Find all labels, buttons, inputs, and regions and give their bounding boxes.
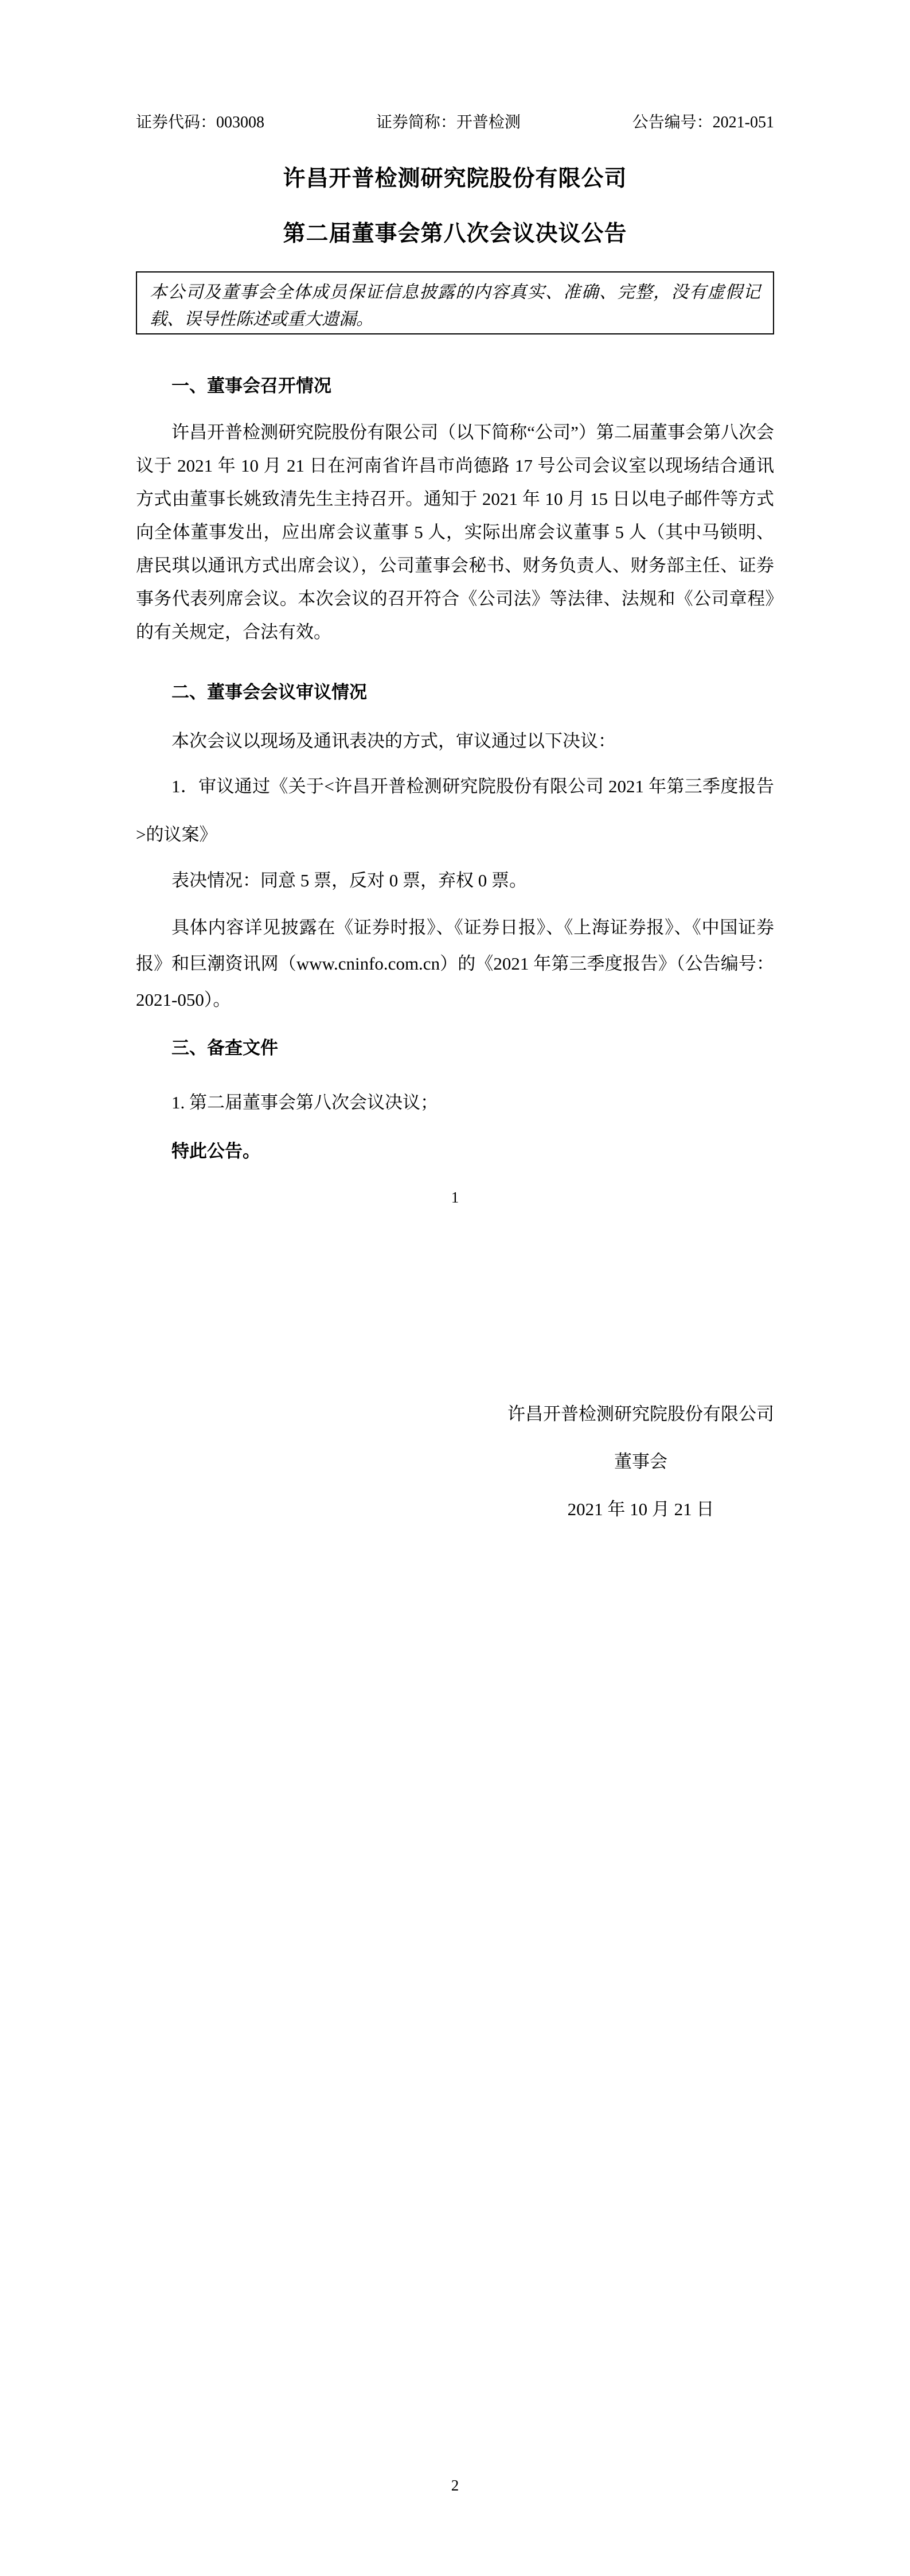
announcement-title: 第二届董事会第八次会议决议公告 <box>136 220 774 248</box>
section-1-paragraph-meeting: 许昌开普检测研究院股份有限公司（以下简称“公司”）第二届董事会第八次会议于 20… <box>136 416 774 649</box>
section-2-heading: 二、董事会会议审议情况 <box>136 680 774 705</box>
closing-statement: 特此公告。 <box>136 1135 774 1168</box>
signature-board: 董事会 <box>507 1438 774 1485</box>
disclaimer-text: 本公司及董事会全体成员保证信息披露的内容真实、准确、完整，没有虚假记载、误导性陈… <box>150 283 760 329</box>
section-3-paragraph-document-item: 1. 第二届董事会第八次会议决议； <box>136 1086 774 1119</box>
page-1-number: 1 <box>136 1188 774 1207</box>
document-header: 证券代码：003008 证券简称：开普检测 公告编号：2021-051 <box>136 113 774 133</box>
section-2-paragraph-resolution-item: 1．审议通过《关于<许昌开普检测研究院股份有限公司 2021 年第三季度报告>的… <box>136 762 774 859</box>
page-2-number: 2 <box>136 2476 774 2495</box>
signature-block: 许昌开普检测研究院股份有限公司 董事会 2021 年 10 月 21 日 <box>507 1390 774 1533</box>
stock-code: 证券代码：003008 <box>136 113 264 133</box>
section-1-heading: 一、董事会召开情况 <box>136 373 774 399</box>
section-3-heading: 三、备查文件 <box>136 1036 774 1061</box>
section-2-paragraph-disclosure-detail: 具体内容详见披露在《证券时报》、《证券日报》、《上海证券报》、《中国证券报》和巨… <box>136 909 774 1018</box>
announcement-document: 证券代码：003008 证券简称：开普检测 公告编号：2021-051 许昌开普… <box>0 0 910 2576</box>
section-2-paragraph-intro: 本次会议以现场及通讯表决的方式，审议通过以下决议： <box>136 725 774 758</box>
disclaimer-box: 本公司及董事会全体成员保证信息披露的内容真实、准确、完整，没有虚假记载、误导性陈… <box>136 271 774 334</box>
section-2-paragraph-vote-result: 表决情况：同意 5 票，反对 0 票，弃权 0 票。 <box>136 864 774 897</box>
signature-company: 许昌开普检测研究院股份有限公司 <box>507 1390 774 1438</box>
company-name-title: 许昌开普检测研究院股份有限公司 <box>136 165 774 193</box>
stock-abbreviation: 证券简称：开普检测 <box>376 113 521 133</box>
signature-date: 2021 年 10 月 21 日 <box>507 1485 774 1533</box>
announcement-number: 公告编号：2021-051 <box>632 113 774 133</box>
